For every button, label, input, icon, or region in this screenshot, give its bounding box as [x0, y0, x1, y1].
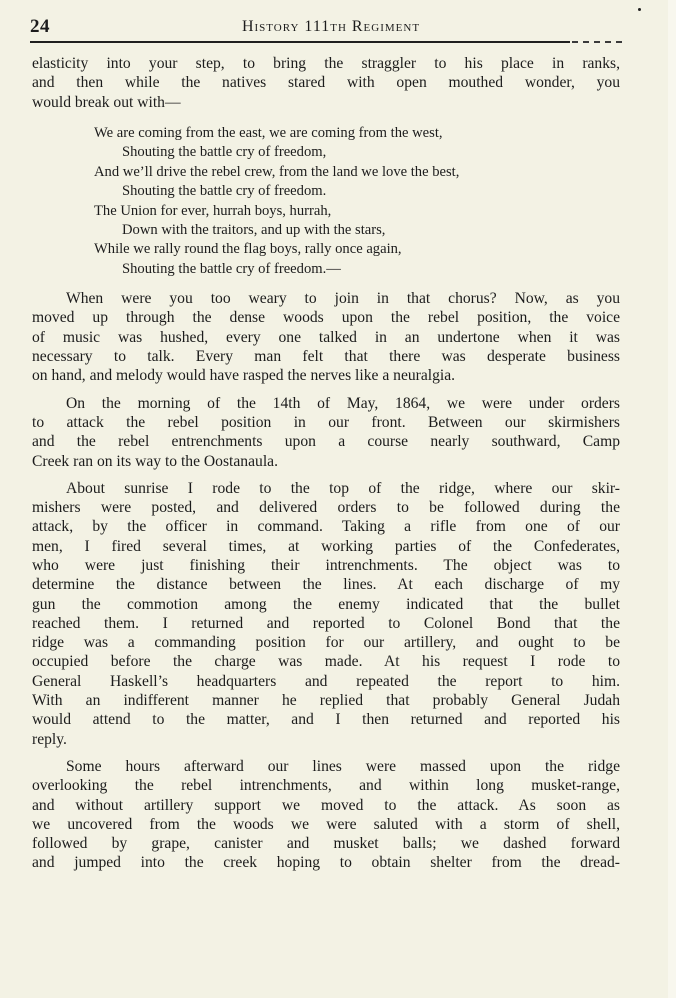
paragraph-may-14: On the morning of the 14th of May, 1864,… [32, 394, 620, 471]
intro-paragraph: elasticity into your step, to bring the … [32, 54, 620, 112]
text-line: would break out with— [32, 93, 620, 112]
text-line: overlooking the rebel intrenchments, and… [32, 776, 620, 795]
verse-line: Shouting the battle cry of freedom, [94, 143, 620, 162]
verse-line: We are coming from the east, we are comi… [94, 124, 620, 143]
verse-line: And we’ll drive the rebel crew, from the… [94, 163, 620, 182]
text-line: who were just finishing their intrenchme… [32, 556, 620, 575]
text-line: and the rebel entrenchments upon a cours… [32, 432, 620, 451]
print-speck [638, 8, 641, 11]
text-line: Creek ran on its way to the Oostanaula. [32, 452, 620, 471]
paragraph-gap [32, 749, 620, 757]
song-verse: We are coming from the east, we are comi… [94, 124, 620, 279]
text-line: With an indifferent manner he replied th… [32, 691, 620, 710]
text-line: elasticity into your step, to bring the … [32, 54, 620, 73]
verse-line: The Union for ever, hurrah boys, hurrah, [94, 202, 620, 221]
paragraph-gap [32, 386, 620, 394]
text-line: On the morning of the 14th of May, 1864,… [32, 394, 620, 413]
book-page: 24 History 111th Regiment elasticity int… [0, 0, 676, 998]
text-line: determine the distance between the lines… [32, 575, 620, 594]
verse-line: Shouting the battle cry of freedom. [94, 182, 620, 201]
text-line: and jumped into the creek hoping to obta… [32, 853, 620, 872]
running-title: History 111th Regiment [30, 18, 622, 36]
text-line: we uncovered from the woods we were salu… [32, 815, 620, 834]
text-line: When were you too weary to join in that … [32, 289, 620, 308]
text-line: Some hours afterward our lines were mass… [32, 757, 620, 776]
text-line: would attend to the matter, and I then r… [32, 710, 620, 729]
text-line: reached them. I returned and reported to… [32, 614, 620, 633]
paragraph-chorus: When were you too weary to join in that … [32, 289, 620, 385]
text-line: of music was hushed, every one talked in… [32, 328, 620, 347]
text-line: and then while the natives stared with o… [32, 73, 620, 92]
paragraph-gap [32, 471, 620, 479]
text-line: to attack the rebel position in our fron… [32, 413, 620, 432]
text-line: gun the commotion among the enemy indica… [32, 595, 620, 614]
text-line: and without artillery support we moved t… [32, 796, 620, 815]
text-line: ridge was a commanding position for our … [32, 633, 620, 652]
page-edge [668, 0, 676, 998]
header-rule-tail [572, 41, 622, 43]
text-line: reply. [32, 730, 620, 749]
paragraph-sunrise: About sunrise I rode to the top of the r… [32, 479, 620, 749]
text-line: followed by grape, canister and musket b… [32, 834, 620, 853]
body-text: elasticity into your step, to bring the … [32, 54, 620, 873]
text-line: About sunrise I rode to the top of the r… [32, 479, 620, 498]
text-line: on hand, and melody would have rasped th… [32, 366, 620, 385]
page-header: 24 History 111th Regiment [30, 14, 622, 40]
verse-line: Shouting the battle cry of freedom.— [94, 260, 620, 279]
text-line: occupied before the charge was made. At … [32, 652, 620, 671]
text-line: moved up through the dense woods upon th… [32, 308, 620, 327]
verse-line: While we rally round the flag boys, rall… [94, 240, 620, 259]
paragraph-attack: Some hours afterward our lines were mass… [32, 757, 620, 873]
text-line: men, I fired several times, at working p… [32, 537, 620, 556]
text-line: necessary to talk. Every man felt that t… [32, 347, 620, 366]
text-line: mishers were posted, and delivered order… [32, 498, 620, 517]
header-rule [30, 41, 570, 43]
text-line: attack, by the officer in command. Takin… [32, 517, 620, 536]
verse-line: Down with the traitors, and up with the … [94, 221, 620, 240]
text-line: General Haskell’s headquarters and repea… [32, 672, 620, 691]
